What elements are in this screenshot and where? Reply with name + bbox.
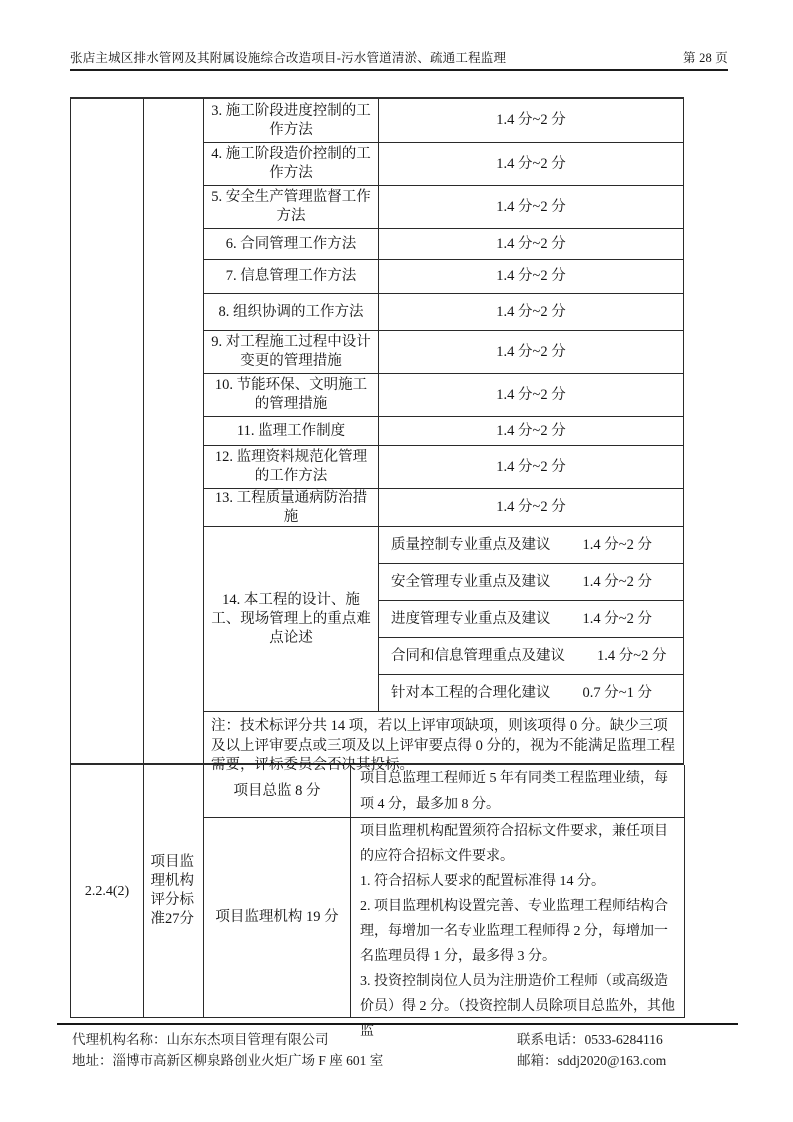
criterion-cell: 11. 监理工作制度 — [204, 417, 379, 446]
score-cell: 1.4 分~2 分 — [379, 186, 684, 229]
score-cell: 1.4 分~2 分 — [379, 229, 684, 260]
criterion-14-cell: 14. 本工程的设计、施工、现场管理上的重点难点论述 — [204, 527, 379, 712]
header-title: 张店主城区排水管网及其附属设施综合改造项目-污水管道清淤、疏通工程监理 — [70, 48, 506, 66]
score-cell: 1.4 分~2 分 — [379, 446, 684, 489]
subcriterion-label: 针对本工程的合理化建议 — [391, 684, 551, 703]
subcriterion-score: 1.4 分~2 分 — [583, 610, 652, 629]
org-desc-paragraph: 1. 符合招标人要求的配置标准得 14 分。 — [360, 869, 680, 894]
criterion-cell: 10. 节能环保、文明施工的管理措施 — [204, 374, 379, 417]
org-desc-cell: 项目监理机构配置须符合招标文件要求，兼任项目的应符合招标文件要求。 1. 符合招… — [351, 818, 685, 1018]
org-score-table: 2.2.4(2) 项目监理机构评分标准27分 项目总监 8 分 项目总监理工程师… — [70, 764, 684, 1018]
criterion-cell: 3. 施工阶段进度控制的工作方法 — [204, 99, 379, 143]
chief-desc-cell: 项目总监理工程师近 5 年有同类工程监理业绩，每项 4 分，最多加 8 分。 — [351, 765, 685, 818]
footer-left: 代理机构名称：山东东杰项目管理有限公司 地址：淄博市高新区柳泉路创业火炬广场 F… — [72, 1029, 383, 1071]
org-desc-paragraph: 项目监理机构配置须符合招标文件要求，兼任项目的应符合招标文件要求。 — [360, 819, 680, 869]
score-cell: 1.4 分~2 分 — [379, 99, 684, 143]
document-page: 张店主城区排水管网及其附属设施综合改造项目-污水管道清淤、疏通工程监理 第 28… — [0, 0, 793, 1122]
score-cell: 1.4 分~2 分 — [379, 294, 684, 331]
page-number: 第 28 页 — [683, 48, 728, 66]
score-cell: 1.4 分~2 分 — [379, 417, 684, 446]
footer-phone: 联系电话：0533-6284116 — [517, 1029, 666, 1050]
footer-address: 地址：淄博市高新区柳泉路创业火炬广场 F 座 601 室 — [72, 1050, 383, 1071]
category-label: 项目监理机构评分标准27分 — [151, 853, 197, 929]
criterion-cell: 9. 对工程施工过程中设计变更的管理措施 — [204, 331, 379, 374]
score-cell: 1.4 分~2 分 — [379, 374, 684, 417]
subcriterion-cell: 安全管理专业重点及建议 1.4 分~2 分 — [379, 564, 684, 601]
subcriterion-cell: 进度管理专业重点及建议 1.4 分~2 分 — [379, 601, 684, 638]
subcriterion-cell: 质量控制专业重点及建议 1.4 分~2 分 — [379, 527, 684, 564]
footer-rule — [57, 1023, 738, 1025]
subcriterion-label: 安全管理专业重点及建议 — [391, 573, 551, 592]
subcriterion-label: 进度管理专业重点及建议 — [391, 610, 551, 629]
clause-id-cell: 2.2.4(2) — [71, 765, 144, 1018]
subcriterion-cell: 合同和信息管理重点及建议 1.4 分~2 分 — [379, 638, 684, 675]
subcriterion-label: 合同和信息管理重点及建议 — [391, 647, 565, 666]
criterion-14-label: 14. 本工程的设计、施工、现场管理上的重点难点论述 — [208, 591, 374, 648]
score-cell: 1.4 分~2 分 — [379, 260, 684, 294]
org-role-cell: 项目监理机构 19 分 — [204, 818, 351, 1018]
chief-role-cell: 项目总监 8 分 — [204, 765, 351, 818]
page-header: 张店主城区排水管网及其附属设施综合改造项目-污水管道清淤、疏通工程监理 第 28… — [70, 48, 728, 71]
subcriterion-score: 1.4 分~2 分 — [597, 647, 666, 666]
score-cell: 1.4 分~2 分 — [379, 143, 684, 186]
note-cell: 注：技术标评分共 14 项，若以上评审项缺项，则该项得 0 分。缺少三项及以上评… — [204, 712, 684, 764]
category-cell: 项目监理机构评分标准27分 — [144, 765, 204, 1018]
subcriterion-cell: 针对本工程的合理化建议 0.7 分~1 分 — [379, 675, 684, 712]
criterion-cell: 5. 安全生产管理监督工作方法 — [204, 186, 379, 229]
empty-continuation-cell — [144, 99, 204, 764]
subcriterion-label: 质量控制专业重点及建议 — [391, 536, 551, 555]
score-cell: 1.4 分~2 分 — [379, 489, 684, 527]
subcriterion-score: 0.7 分~1 分 — [583, 684, 652, 703]
criterion-cell: 13. 工程质量通病防治措施 — [204, 489, 379, 527]
technical-score-table: 3. 施工阶段进度控制的工作方法 1.4 分~2 分 4. 施工阶段造价控制的工… — [70, 97, 684, 764]
footer-email: 邮箱：sddj2020@163.com — [517, 1050, 666, 1071]
subcriterion-score: 1.4 分~2 分 — [583, 536, 652, 555]
criterion-cell: 4. 施工阶段造价控制的工作方法 — [204, 143, 379, 186]
footer-right: 联系电话：0533-6284116 邮箱：sddj2020@163.com — [517, 1029, 666, 1071]
score-cell: 1.4 分~2 分 — [379, 331, 684, 374]
subcriterion-score: 1.4 分~2 分 — [583, 573, 652, 592]
criterion-cell: 12. 监理资料规范化管理的工作方法 — [204, 446, 379, 489]
criterion-cell: 6. 合同管理工作方法 — [204, 229, 379, 260]
criterion-cell: 8. 组织协调的工作方法 — [204, 294, 379, 331]
empty-continuation-cell — [71, 99, 144, 764]
org-desc-paragraph: 2. 项目监理机构设置完善、专业监理工程师结构合理，每增加一名专业监理工程师得 … — [360, 894, 680, 969]
criterion-cell: 7. 信息管理工作方法 — [204, 260, 379, 294]
footer-agency: 代理机构名称：山东东杰项目管理有限公司 — [72, 1029, 383, 1050]
